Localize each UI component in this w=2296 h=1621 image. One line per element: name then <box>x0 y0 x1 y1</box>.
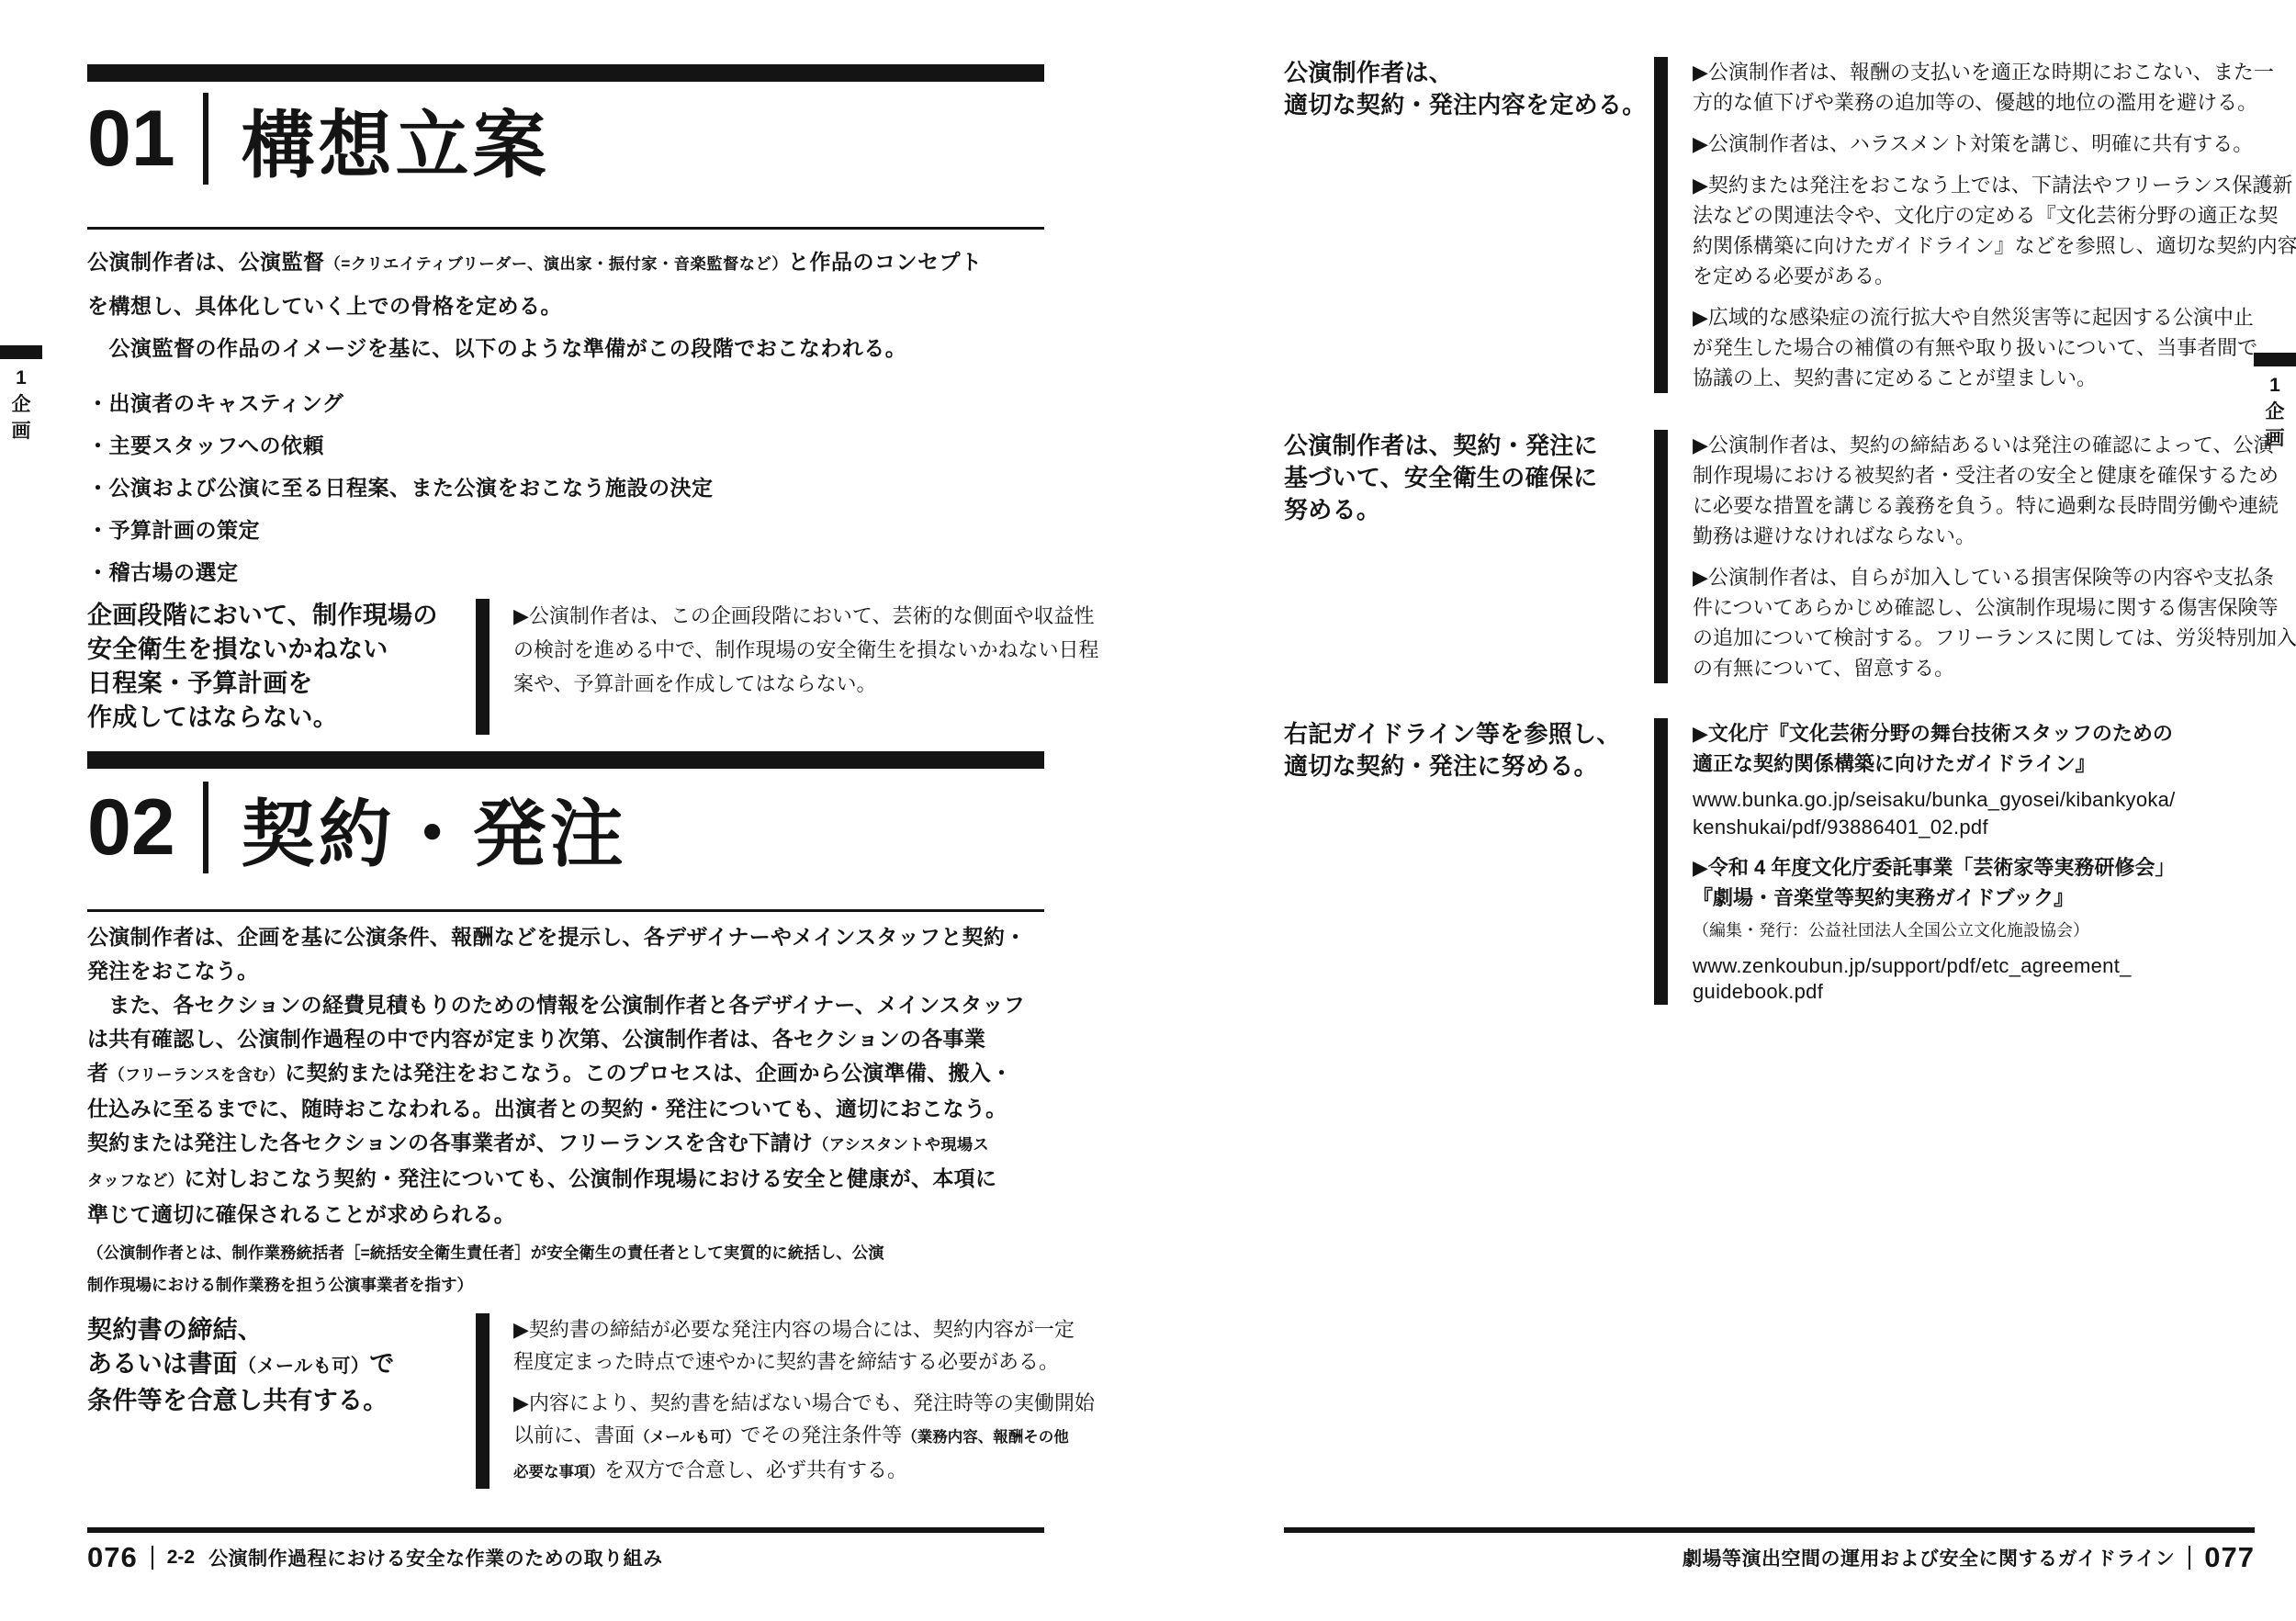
callout-heading-line: 日程案・予算計画を <box>87 667 476 701</box>
para-parenthetical: （フリーランスを含む） <box>108 1065 285 1084</box>
statement-body: ▶文化庁『文化芸術分野の舞台技術スタッフのための 適正な契約関係構築に向けたガイ… <box>1654 718 2255 1005</box>
intro-text: と作品のコンセプト <box>788 250 983 274</box>
section-01-header: 01 構想立案 <box>87 88 550 189</box>
reference-title: ▶文化庁『文化芸術分野の舞台技術スタッフのための 適正な契約関係構築に向けたガイ… <box>1693 718 2255 779</box>
callout-paragraph: ▶内容により、契約書を結ばない場合でも、発注時等の実働開始 以前に、書面（メール… <box>513 1387 1095 1489</box>
para-line: 仕込みに至るまでに、随時おこなわれる。出演者との契約・発注についても、適切におこ… <box>87 1092 1044 1126</box>
section-number: 02 <box>87 782 175 873</box>
contract-content-block: 公演制作者は、 適切な契約・発注内容を定める。 ▶公演制作者は、報酬の支払いを適… <box>1284 57 2255 393</box>
para-line: 公演制作者は、企画を基に公演条件、報酬などを提示し、各デザイナーやメインスタッフ… <box>87 920 1044 954</box>
chapter-tab-left: 1 企 画 <box>0 345 42 445</box>
section-rule <box>87 227 1044 230</box>
statement-heading-line: 適切な契約・発注に努める。 <box>1284 750 1654 782</box>
callout-paragraph: ▶契約書の締結が必要な発注内容の場合には、契約内容が一定 程度定まった時点で速や… <box>513 1313 1095 1378</box>
section-title: 契約・発注 <box>242 775 627 881</box>
para-line: また、各セクションの経費見積もりのための情報を公演制作者と各デザイナー、メインス… <box>87 988 1044 1022</box>
body-line: の追加について検討する。フリーランスに関しては、労災特別加入 <box>1693 623 2296 653</box>
body-paragraph: ▶公演制作者は、報酬の支払いを適正な時期におこない、また一 方的な値下げや業務の… <box>1693 57 2296 118</box>
reference-publisher-note: （編集・発行：公益社団法人全国公立文化施設協会） <box>1693 917 2255 944</box>
body-line: 制作現場における被契約者・受注者の安全と健康を確保するため <box>1693 460 2296 490</box>
section-rule <box>87 909 1044 912</box>
footer-book-title: 劇場等演出空間の運用および安全に関するガイドライン <box>1683 1544 2175 1571</box>
intro-line: を構想し、具体化していく上での骨格を定める。 <box>87 285 1044 327</box>
statement-heading: 公演制作者は、契約・発注に 基づいて、安全衛生の確保に 努める。 <box>1284 430 1654 683</box>
callout-heading: 契約書の締結、 あるいは書面（メールも可）で 条件等を合意し共有する。 <box>87 1313 476 1489</box>
callout-body: ▶公演制作者は、この企画段階において、芸術的な側面や収益性 の検討を進める中で、… <box>476 599 1099 735</box>
body-text: を双方で合意し、必ず共有する。 <box>604 1458 907 1481</box>
callout-heading-line: 条件等を合意し共有する。 <box>87 1384 476 1418</box>
body-paragraph: ▶公演制作者は、ハラスメント対策を講じ、明確に共有する。 <box>1693 129 2296 159</box>
callout-heading-line: 契約書の締結、 <box>87 1313 476 1347</box>
body-line: ▶広域的な感染症の流行拡大や自然災害等に起因する公演中止 <box>1693 302 2296 332</box>
statement-body: ▶公演制作者は、契約の締結あるいは発注の確認によって、公演 制作現場における被契… <box>1654 430 2296 683</box>
right-page: 公演制作者は、 適切な契約・発注内容を定める。 ▶公演制作者は、報酬の支払いを適… <box>1284 0 2255 1621</box>
para-line: 準じて適切に確保されることが求められる。 <box>87 1198 1044 1232</box>
intro-line: 公演監督の作品のイメージを基に、以下のような準備がこの段階でおこなわれる。 <box>87 327 1044 369</box>
left-footer: 076 2-2 公演制作過程における安全な作業のための取り組み <box>87 1541 663 1574</box>
body-text: 以前に、書面 <box>513 1424 635 1447</box>
para-line: 者（フリーランスを含む）に契約または発注をおこなう。このプロセスは、企画から公演… <box>87 1056 1044 1092</box>
body-paragraph: ▶広域的な感染症の流行拡大や自然災害等に起因する公演中止 が発生した場合の補償の… <box>1693 302 2296 393</box>
reference-title: ▶令和 4 年度文化庁委託事業「芸術家等実務研修会」 『劇場・音楽堂等契約実務ガ… <box>1693 852 2255 913</box>
section-title: 構想立案 <box>242 86 550 192</box>
chapter-tab-char: 企 <box>0 391 42 418</box>
footer-page-number: 076 <box>87 1541 138 1574</box>
footer-page-number: 077 <box>2204 1541 2255 1574</box>
chapter-tab-char: 画 <box>0 418 42 445</box>
statement-heading-line: 努める。 <box>1284 494 1654 526</box>
statement-heading: 公演制作者は、 適切な契約・発注内容を定める。 <box>1284 57 1654 393</box>
callout-body: ▶契約書の締結が必要な発注内容の場合には、契約内容が一定 程度定まった時点で速や… <box>476 1313 1095 1489</box>
body-line: を定める必要がある。 <box>1693 261 2296 291</box>
reference-url: www.bunka.go.jp/seisaku/bunka_gyosei/kib… <box>1693 786 2255 841</box>
left-page: 01 構想立案 公演制作者は、公演監督（=クリエイティブリーダー、演出家・振付家… <box>87 0 1044 1621</box>
reference-title-line: ▶令和 4 年度文化庁委託事業「芸術家等実務研修会」 <box>1693 852 2255 883</box>
statement-heading-line: 公演制作者は、契約・発注に <box>1284 430 1654 462</box>
para-parenthetical: （アシスタントや現場ス <box>813 1135 989 1154</box>
title-divider <box>203 782 208 873</box>
callout-heading-line: 作成してはならない。 <box>87 701 476 735</box>
callout-heading-line: 安全衛生を損ないかねない <box>87 633 476 667</box>
statement-heading-line: 公演制作者は、 <box>1284 57 1654 89</box>
para-line: 契約または発注した各セクションの各事業者が、フリーランスを含む下請け（アシスタン… <box>87 1126 1044 1162</box>
list-item: ・公演および公演に至る日程案、また公演をおこなう施設の決定 <box>87 467 1044 509</box>
preparation-list: ・出演者のキャスティング ・主要スタッフへの依頼 ・公演および公演に至る日程案、… <box>87 382 1044 593</box>
body-line: ▶公演制作者は、報酬の支払いを適正な時期におこない、また一 <box>1693 57 2296 87</box>
callout-body-line: ▶内容により、契約書を結ばない場合でも、発注時等の実働開始 <box>513 1387 1095 1419</box>
list-item: ・主要スタッフへの依頼 <box>87 424 1044 467</box>
callout-heading-line: 企画段階において、制作現場の <box>87 599 476 633</box>
footer-rule <box>87 1527 1044 1533</box>
chapter-tab-bar <box>0 345 42 359</box>
section-02-paragraph: 公演制作者は、企画を基に公演条件、報酬などを提示し、各デザイナーやメインスタッフ… <box>87 920 1044 1301</box>
list-item: ・稽古場の選定 <box>87 551 1044 593</box>
callout-body-line: の検討を進める中で、制作現場の安全衛生を損ないかねない日程 <box>513 633 1099 667</box>
section-top-bar <box>87 751 1044 769</box>
callout-body-line: 必要な事項）を双方で合意し、必ず共有する。 <box>513 1454 1095 1489</box>
body-paragraph: ▶契約または発注をおこなう上では、下請法やフリーランス保護新 法などの関連法令や… <box>1693 170 2296 291</box>
para-note-line: （公演制作者とは、制作業務統括者［=統括安全衛生責任者］が安全衛生の責任者として… <box>87 1237 1044 1269</box>
reference-title-line: ▶文化庁『文化芸術分野の舞台技術スタッフのための <box>1693 718 2255 749</box>
guideline-reference-block: 右記ガイドライン等を参照し、 適切な契約・発注に努める。 ▶文化庁『文化芸術分野… <box>1284 718 2255 1005</box>
para-parenthetical: タッフなど） <box>87 1171 184 1189</box>
statement-heading: 右記ガイドライン等を参照し、 適切な契約・発注に努める。 <box>1284 718 1654 1005</box>
body-line: 法などの関連法令や、文化庁の定める『文化芸術分野の適正な契 <box>1693 200 2296 231</box>
body-parenthetical: （業務内容、報酬その他 <box>902 1429 1069 1446</box>
section-01-intro: 公演制作者は、公演監督（=クリエイティブリーダー、演出家・振付家・音楽監督など）… <box>87 241 1044 369</box>
para-line: 発注をおこなう。 <box>87 954 1044 988</box>
reference-url-line: kenshukai/pdf/93886401_02.pdf <box>1693 814 2255 841</box>
para-text: に対しおこなう契約・発注についても、公演制作現場における安全と健康が、本項に <box>184 1166 996 1190</box>
body-line: に必要な措置を講じる義務を負う。特に過剰な長時間労働や連続 <box>1693 490 2296 521</box>
intro-line: 公演制作者は、公演監督（=クリエイティブリーダー、演出家・振付家・音楽監督など）… <box>87 241 1044 285</box>
reference-url: www.zenkoubun.jp/support/pdf/etc_agreeme… <box>1693 953 2255 1005</box>
right-footer: 劇場等演出空間の運用および安全に関するガイドライン 077 <box>1284 1541 2255 1574</box>
intro-parenthetical: （=クリエイティブリーダー、演出家・振付家・音楽監督など） <box>325 254 788 273</box>
body-line: ▶公演制作者は、ハラスメント対策を講じ、明確に共有する。 <box>1693 129 2296 159</box>
reference-title-line: 『劇場・音楽堂等契約実務ガイドブック』 <box>1693 883 2255 913</box>
body-paragraph: ▶公演制作者は、契約の締結あるいは発注の確認によって、公演 制作現場における被契… <box>1693 430 2296 551</box>
footer-section-label: 公演制作過程における安全な作業のための取り組み <box>208 1544 663 1571</box>
body-line: ▶契約または発注をおこなう上では、下請法やフリーランス保護新 <box>1693 170 2296 200</box>
section-number: 01 <box>87 94 175 185</box>
section-02-header: 02 契約・発注 <box>87 777 627 878</box>
callout-heading-line: あるいは書面（メールも可）で <box>87 1347 476 1384</box>
footer-chapter: 2-2 <box>167 1547 195 1569</box>
body-parenthetical: （メールも可） <box>635 1429 740 1446</box>
list-item: ・出演者のキャスティング <box>87 382 1044 424</box>
callout-body-line: 程度定まった時点で速やかに契約書を締結する必要がある。 <box>513 1345 1095 1378</box>
list-item: ・予算計画の策定 <box>87 509 1044 551</box>
reference-url-line: www.bunka.go.jp/seisaku/bunka_gyosei/kib… <box>1693 786 2255 814</box>
body-line: 約関係構築に向けたガイドライン』などを参照し、適切な契約内容 <box>1693 231 2296 261</box>
statement-body: ▶公演制作者は、報酬の支払いを適正な時期におこない、また一 方的な値下げや業務の… <box>1654 57 2296 393</box>
body-line: 勤務は避けなければならない。 <box>1693 521 2296 551</box>
safety-assurance-block: 公演制作者は、契約・発注に 基づいて、安全衛生の確保に 努める。 ▶公演制作者は… <box>1284 430 2255 683</box>
section-top-bar <box>87 64 1044 82</box>
callout-heading: 企画段階において、制作現場の 安全衛生を損ないかねない 日程案・予算計画を 作成… <box>87 599 476 735</box>
chapter-tab-char: 企 <box>2254 399 2296 425</box>
heading-text: で <box>369 1350 394 1378</box>
body-text: でその発注条件等 <box>740 1424 902 1447</box>
body-line: の有無について、留意する。 <box>1693 653 2296 683</box>
footer-divider <box>152 1546 153 1570</box>
title-divider <box>203 93 208 185</box>
reference-url-line: guidebook.pdf <box>1693 979 2255 1005</box>
reference-title-line: 適正な契約関係構築に向けたガイドライン』 <box>1693 749 2255 779</box>
body-line: 方的な値下げや業務の追加等の、優越的地位の濫用を避ける。 <box>1693 87 2296 118</box>
body-line: ▶公演制作者は、自らが加入している損害保険等の内容や支払条 <box>1693 562 2296 592</box>
para-text: に契約または発注をおこなう。このプロセスは、企画から公演準備、搬入・ <box>285 1061 1012 1085</box>
body-line: ▶公演制作者は、契約の締結あるいは発注の確認によって、公演 <box>1693 430 2296 460</box>
footer-rule <box>1284 1527 2255 1533</box>
body-paragraph: ▶公演制作者は、自らが加入している損害保険等の内容や支払条 件についてあらかじめ… <box>1693 562 2296 683</box>
heading-parenthetical: （メールも可） <box>238 1356 369 1377</box>
heading-text: あるいは書面 <box>87 1350 238 1378</box>
body-line: が発生した場合の補償の有無や取り扱いについて、当事者間で <box>1693 332 2296 363</box>
guideline-book-spread: 1 企 画 1 企 画 01 構想立案 公演制作者は、公演監督（=クリエイティブ… <box>0 0 2296 1621</box>
para-line: は共有確認し、公演制作過程の中で内容が定まり次第、公演制作者は、各セクションの各… <box>87 1022 1044 1056</box>
para-line: タッフなど）に対しおこなう契約・発注についても、公演制作現場における安全と健康が… <box>87 1162 1044 1198</box>
footer-divider <box>2189 1546 2190 1570</box>
body-parenthetical: 必要な事項） <box>513 1464 604 1480</box>
callout-body-line: ▶公演制作者は、この企画段階において、芸術的な側面や収益性 <box>513 599 1099 633</box>
para-text: 者 <box>87 1061 108 1085</box>
callout-body-line: 案や、予算計画を作成してはならない。 <box>513 667 1099 701</box>
chapter-tab-number: 1 <box>0 365 42 391</box>
planning-safety-callout: 企画段階において、制作現場の 安全衛生を損ないかねない 日程案・予算計画を 作成… <box>87 599 1044 735</box>
contract-agreement-callout: 契約書の締結、 あるいは書面（メールも可）で 条件等を合意し共有する。 ▶契約書… <box>87 1313 1044 1489</box>
para-text: 契約または発注した各セクションの各事業者が、フリーランスを含む下請け <box>87 1131 813 1154</box>
statement-heading-line: 基づいて、安全衛生の確保に <box>1284 462 1654 494</box>
statement-heading-line: 適切な契約・発注内容を定める。 <box>1284 89 1654 121</box>
callout-body-line: ▶契約書の締結が必要な発注内容の場合には、契約内容が一定 <box>513 1313 1095 1345</box>
body-line: 協議の上、契約書に定めることが望ましい。 <box>1693 363 2296 393</box>
intro-text: 公演制作者は、公演監督 <box>87 250 325 274</box>
reference-url-line: www.zenkoubun.jp/support/pdf/etc_agreeme… <box>1693 953 2255 979</box>
callout-body-line: 以前に、書面（メールも可）でその発注条件等（業務内容、報酬その他 <box>513 1419 1095 1454</box>
body-line: 件についてあらかじめ確認し、公演制作現場に関する傷害保険等 <box>1693 592 2296 623</box>
para-note-line: 制作現場における制作業務を担う公演事業者を指す） <box>87 1269 1044 1301</box>
statement-heading-line: 右記ガイドライン等を参照し、 <box>1284 718 1654 750</box>
